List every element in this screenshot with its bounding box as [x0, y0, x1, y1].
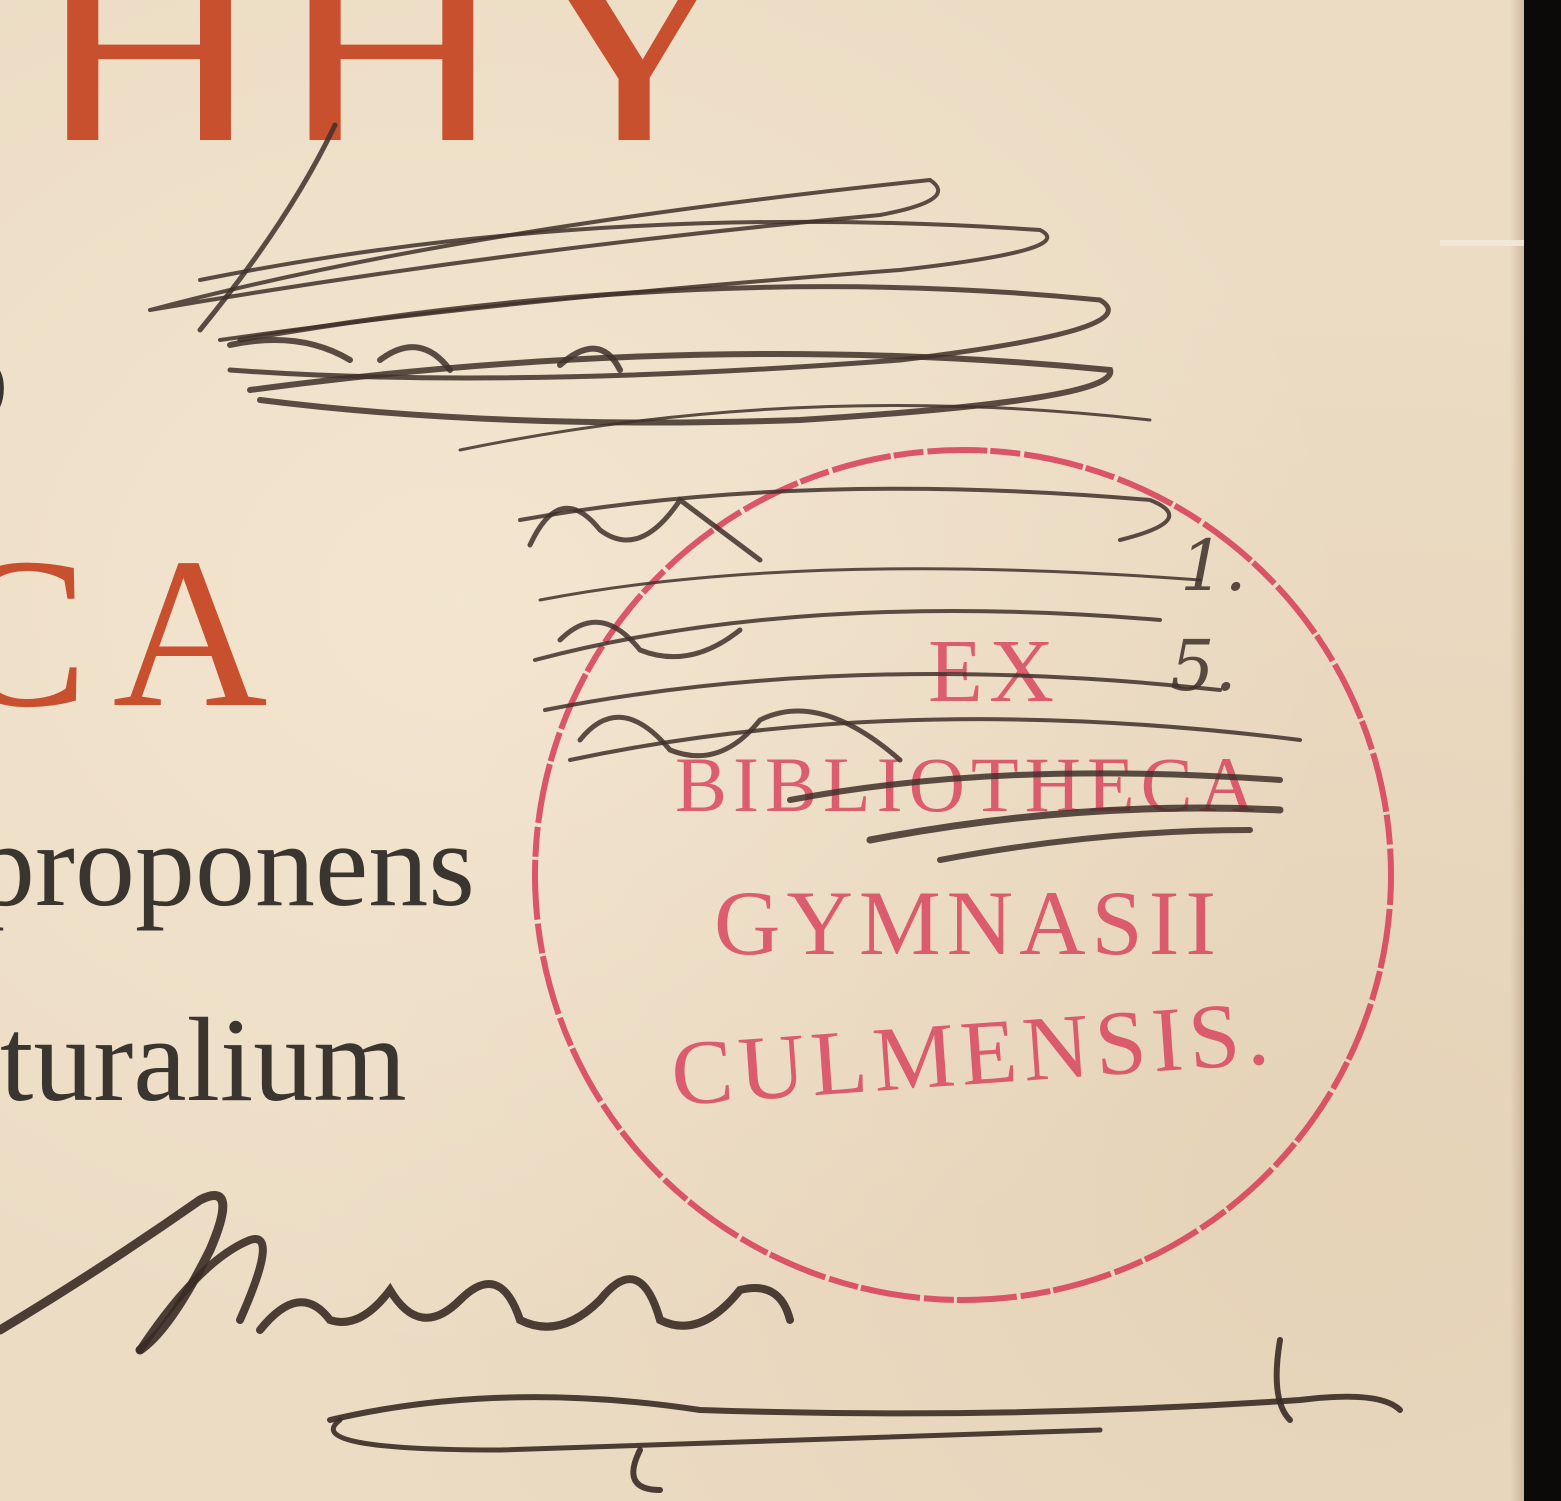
handwriting-scribbles-icon: [0, 0, 1524, 1501]
marginal-number-5: 5.: [1170, 625, 1237, 707]
marginal-number-1: 1.: [1180, 525, 1247, 607]
document-page: HHY S S CA proponens turalium EX BIBLIOT…: [0, 0, 1524, 1501]
